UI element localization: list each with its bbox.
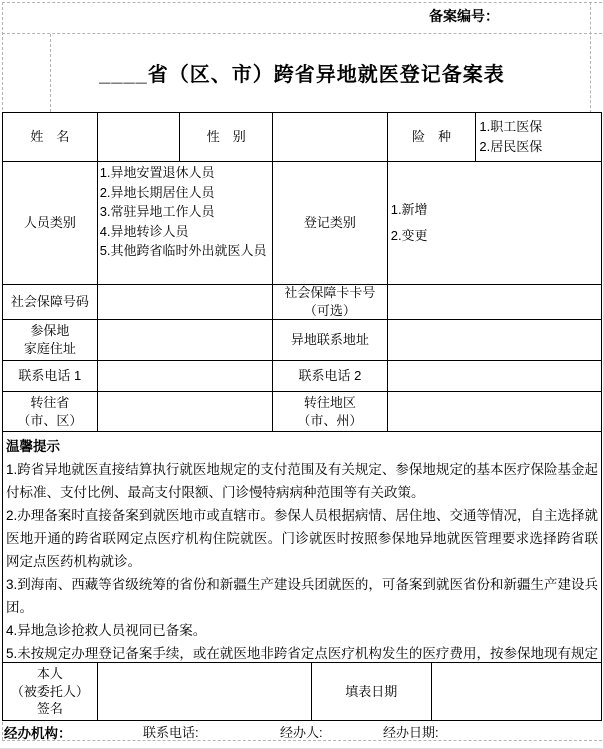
form-title: ____省（区、市）跨省异地就医登记备案表 [2, 33, 602, 112]
insurance-type-label: 险 种 [388, 113, 477, 161]
to-region-label: 转往地区 （市、州） [273, 392, 388, 431]
table-row: 转往省 （市、区） 转往地区 （市、州） [3, 392, 601, 432]
gender-input[interactable] [273, 113, 388, 161]
to-province-label: 转往省 （市、区） [3, 392, 98, 431]
register-category-label: 登记类别 [273, 162, 388, 284]
gender-label: 性 别 [180, 113, 273, 161]
fill-date-input[interactable] [432, 663, 601, 720]
tip-item-5: 5.未按规定办理登记备案手续，或在就医地非跨省定点医疗机构发生的医疗费用，按参保… [6, 642, 598, 662]
table-row: 姓 名 性 别 险 种 1.职工医保 2.居民医保 [3, 113, 601, 162]
tip-item-3: 3.到海南、西藏等省级统筹的省份和新疆生产建设兵团就医的，可备案到就医省份和新疆… [6, 573, 598, 619]
table-row: 本人 （被委托人） 签名 填表日期 [3, 663, 601, 720]
phone1-label: 联系电话 1 [3, 361, 98, 391]
phone2-input[interactable] [388, 361, 601, 391]
person-category-options[interactable]: 1.异地安置退休人员 2.异地长期居住人员 3.常驻异地工作人员 4.异地转诊人… [98, 162, 273, 284]
registration-table: 姓 名 性 别 险 种 1.职工医保 2.居民医保 人员类别 1.异地安置退休人… [2, 112, 602, 721]
name-label: 姓 名 [3, 113, 98, 161]
ssn-label: 社会保障号码 [3, 285, 98, 319]
signature-input[interactable] [98, 663, 312, 720]
remote-address-input[interactable] [388, 320, 601, 360]
phone2-label: 联系电话 2 [273, 361, 388, 391]
form-sheet: 备案编号： ____省（区、市）跨省异地就医登记备案表 姓 名 性 别 险 种 … [0, 0, 604, 749]
remote-address-label: 异地联系地址 [273, 320, 388, 360]
tip-item-1: 1.跨省异地就医直接结算执行就医地规定的支付范围及有关规定、参保地规定的基本医疗… [6, 458, 598, 504]
ss-card-label: 社会保障卡卡号 （可选） [273, 285, 388, 319]
to-province-input[interactable] [98, 392, 273, 431]
to-region-input[interactable] [388, 392, 601, 431]
table-row: 联系电话 1 联系电话 2 [3, 361, 601, 392]
register-category-options[interactable]: 1.新增 2.变更 [388, 162, 601, 284]
insurance-type-options[interactable]: 1.职工医保 2.居民医保 [476, 113, 601, 161]
page-break-line-top [2, 2, 602, 3]
handling-footer: 经办机构： 联系电话: 经办人: 经办日期: [2, 721, 602, 739]
signature-label: 本人 （被委托人） 签名 [3, 663, 98, 720]
name-input[interactable] [98, 113, 181, 161]
table-row: 人员类别 1.异地安置退休人员 2.异地长期居住人员 3.常驻异地工作人员 4.… [3, 162, 601, 285]
agency-label: 经办机构： [4, 722, 72, 742]
person-category-options-text: 1.异地安置退休人员 2.异地长期居住人员 3.常驻异地工作人员 4.异地转诊人… [100, 163, 267, 261]
operator-label: 经办人: [280, 722, 323, 741]
tips-heading: 温馨提示 [6, 435, 598, 458]
filing-number-label: 备案编号： [429, 6, 499, 26]
handle-date-label: 经办日期: [383, 722, 439, 741]
table-row: 参保地 家庭住址 异地联系地址 [3, 320, 601, 361]
agency-phone-label: 联系电话: [143, 722, 199, 741]
tip-item-4: 4.异地急诊抢救人员视同已备案。 [6, 619, 598, 642]
ssn-input[interactable] [98, 285, 273, 319]
tip-item-2: 2.办理备案时直接备案到就医地市或直辖市。参保人员根据病情、居住地、交通等情况，… [6, 504, 598, 573]
ss-card-input[interactable] [388, 285, 601, 319]
phone1-input[interactable] [98, 361, 273, 391]
person-category-label: 人员类别 [3, 162, 98, 284]
fill-date-label: 填表日期 [312, 663, 432, 720]
table-row: 温馨提示 1.跨省异地就医直接结算执行就医地规定的支付范围及有关规定、参保地规定… [3, 432, 601, 663]
tips-cell: 温馨提示 1.跨省异地就医直接结算执行就医地规定的支付范围及有关规定、参保地规定… [3, 432, 601, 662]
home-address-input[interactable] [98, 320, 273, 360]
home-address-label: 参保地 家庭住址 [3, 320, 98, 360]
table-row: 社会保障号码 社会保障卡卡号 （可选） [3, 285, 601, 320]
